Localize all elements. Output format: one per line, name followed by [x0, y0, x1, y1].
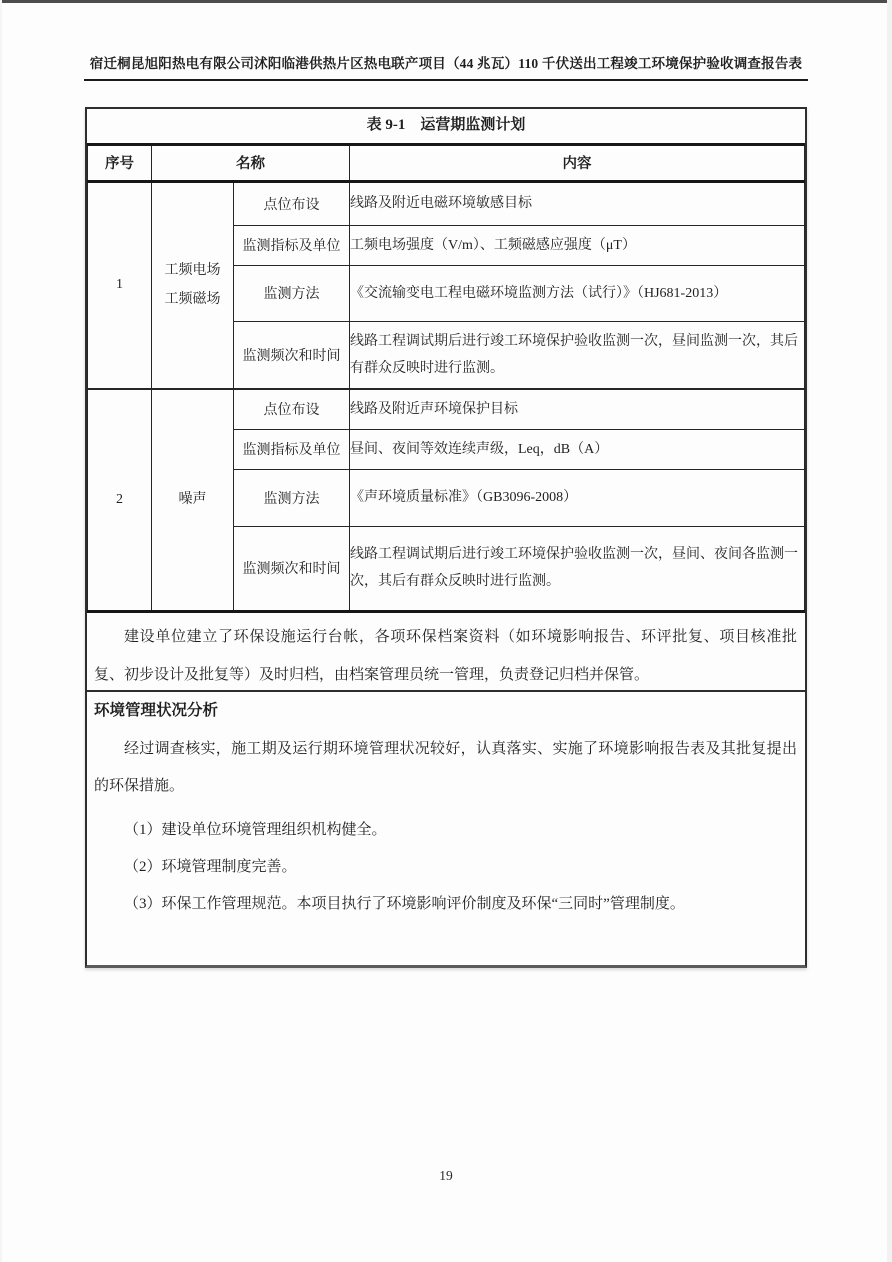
row-label: 点位布设 — [234, 181, 350, 225]
cell-content: 《声环境质量标准》（GB3096-2008） — [350, 469, 805, 526]
row-name: 噪声 — [152, 389, 234, 611]
cell-content: 线路工程调试期后进行竣工环境保护验收监测一次，昼间、夜间各监测一次，其后有群众反… — [350, 526, 805, 611]
report-form-box: 表 9-1 运营期监测计划 序号 名称 内容 1 工频电场 工频磁场 点位布设 … — [85, 107, 807, 968]
cell-content: 线路工程调试期后进行竣工环境保护验收监测一次，昼间监测一次，其后有群众反映时进行… — [350, 321, 805, 389]
monitoring-plan-table: 序号 名称 内容 1 工频电场 工频磁场 点位布设 线路及附近电磁环境敏感目标 … — [87, 146, 805, 613]
row-number: 1 — [88, 181, 152, 389]
scan-edge-top — [0, 0, 892, 3]
document-header: 宿迁桐昆旭阳热电有限公司沭阳临港供热片区热电联产项目（44 兆瓦）110 千伏送… — [84, 54, 808, 81]
row-label: 监测指标及单位 — [234, 429, 350, 469]
scan-edge-right — [887, 0, 892, 1262]
row-label: 监测方法 — [234, 265, 350, 321]
env-management-section: 环境管理状况分析 经过调查核实，施工期及运行期环境管理状况较好，认真落实、实施了… — [87, 690, 805, 916]
row-name-line: 工频磁场 — [152, 285, 233, 314]
env-list-item: （1）建设单位环境管理组织机构健全。 — [94, 818, 797, 842]
scan-edge-left — [0, 0, 2, 1262]
section-heading: 环境管理状况分析 — [94, 699, 797, 723]
cell-content: 工频电场强度（V/m）、工频磁感应强度（μT） — [350, 225, 805, 265]
table-row: 1 工频电场 工频磁场 点位布设 线路及附近电磁环境敏感目标 — [88, 181, 805, 225]
env-list-item: （3）环保工作管理规范。本项目执行了环境影响评价制度及环保“三同时”管理制度。 — [94, 892, 797, 916]
cell-content: 昼间、夜间等效连续声级，Leq，dB（A） — [350, 429, 805, 469]
env-list-item: （2）环境管理制度完善。 — [94, 855, 797, 879]
cell-content: 线路及附近电磁环境敏感目标 — [350, 181, 805, 225]
table-header-row: 序号 名称 内容 — [88, 146, 805, 181]
row-label: 点位布设 — [234, 389, 350, 429]
row-label: 监测指标及单位 — [234, 225, 350, 265]
row-label: 监测频次和时间 — [234, 526, 350, 611]
row-number: 2 — [88, 389, 152, 611]
cell-content: 《交流输变电工程电磁环境监测方法（试行）》（HJ681-2013） — [350, 265, 805, 321]
row-name-line: 噪声 — [152, 485, 233, 514]
column-header-no: 序号 — [88, 146, 152, 181]
archive-note-paragraph: 建设单位建立了环保设施运行台帐，各项环保档案资料（如环境影响报告、环评批复、项目… — [87, 613, 805, 690]
row-name: 工频电场 工频磁场 — [152, 181, 234, 389]
column-header-content: 内容 — [350, 146, 805, 181]
row-label: 监测方法 — [234, 469, 350, 526]
table-row: 2 噪声 点位布设 线路及附近声环境保护目标 — [88, 389, 805, 429]
cell-content: 线路及附近声环境保护目标 — [350, 389, 805, 429]
column-header-name: 名称 — [152, 146, 350, 181]
env-intro-paragraph: 经过调查核实，施工期及运行期环境管理状况较好，认真落实、实施了环境影响报告表及其… — [94, 731, 797, 805]
table-caption: 表 9-1 运营期监测计划 — [87, 109, 805, 146]
page-number: 19 — [0, 1168, 892, 1184]
row-label: 监测频次和时间 — [234, 321, 350, 389]
row-name-line: 工频电场 — [152, 256, 233, 285]
